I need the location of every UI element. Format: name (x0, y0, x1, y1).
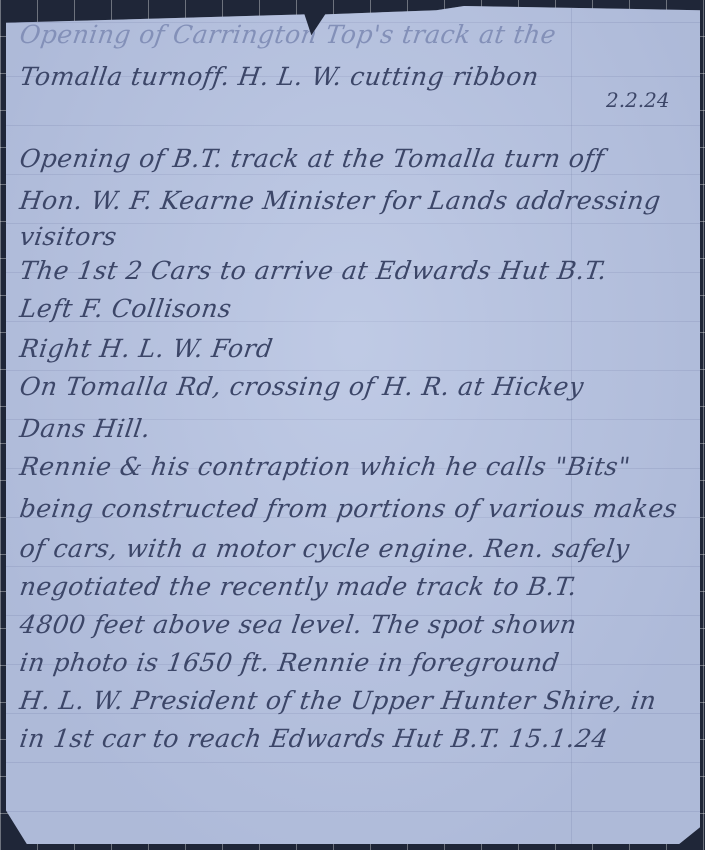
body-line: Hon. W. F. Kearne Minister for Lands add… (18, 186, 692, 215)
body-line: Rennie & his contraption which he calls … (18, 452, 692, 481)
body-line: 4800 feet above sea level. The spot show… (18, 610, 692, 639)
heading-line-1: Opening of Carrington Top's track at the (18, 20, 692, 49)
heading-line-2: Tomalla turnoff. H. L. W. cutting ribbon (18, 62, 692, 91)
body-line: On Tomalla Rd, crossing of H. R. at Hick… (18, 372, 692, 401)
heading-date: 2.2.24 (606, 88, 670, 112)
body-line: Dans Hill. (18, 414, 692, 443)
handwritten-page: Opening of Carrington Top's track at the… (6, 6, 700, 844)
body-line: of cars, with a motor cycle engine. Ren.… (18, 534, 692, 563)
body-line: Left F. Collisons (18, 294, 692, 323)
body-line: The 1st 2 Cars to arrive at Edwards Hut … (18, 256, 692, 285)
body-line: Opening of B.T. track at the Tomalla tur… (18, 144, 692, 173)
body-line: visitors (18, 222, 692, 251)
body-line: negotiated the recently made track to B.… (18, 572, 692, 601)
body-line: in 1st car to reach Edwards Hut B.T. 15.… (18, 724, 692, 753)
body-line: H. L. W. President of the Upper Hunter S… (18, 686, 692, 715)
body-line: Right H. L. W. Ford (18, 334, 692, 363)
body-line: being constructed from portions of vario… (18, 494, 692, 523)
body-line: in photo is 1650 ft. Rennie in foregroun… (18, 648, 692, 677)
